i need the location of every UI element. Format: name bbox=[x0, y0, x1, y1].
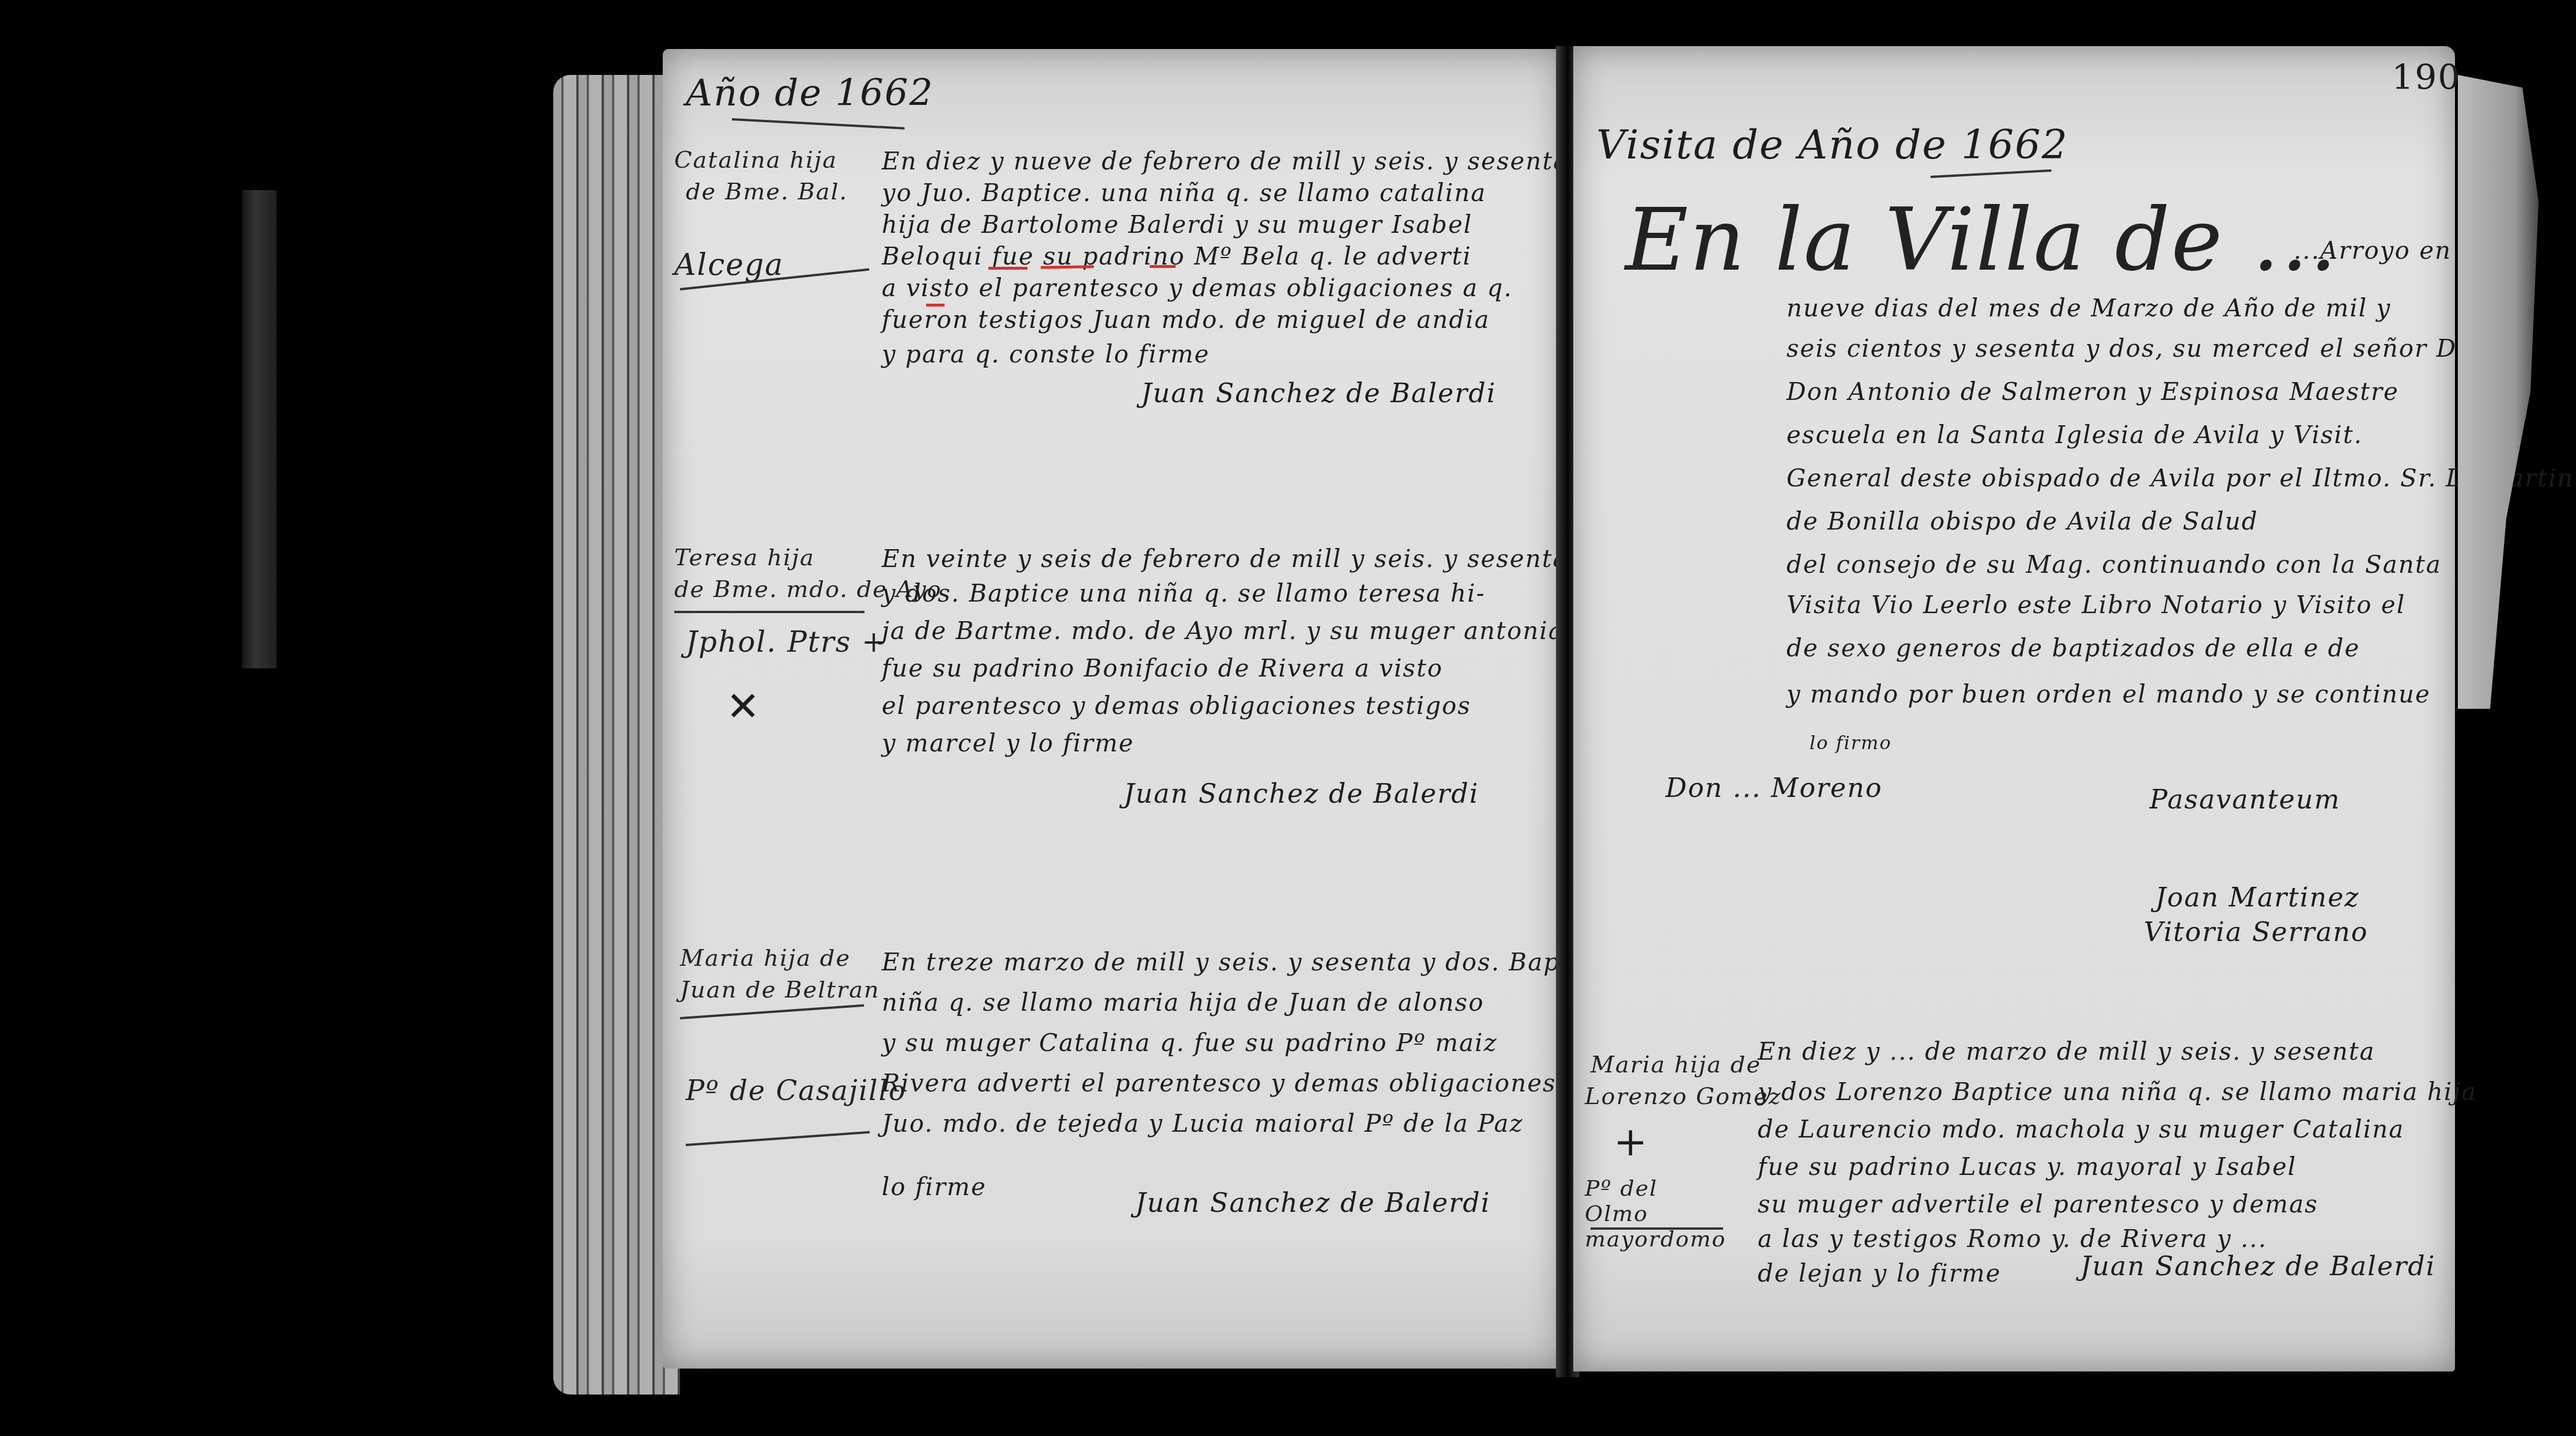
decree-line: seis cientos y sesenta y dos, su merced … bbox=[1786, 334, 2490, 362]
right-entry-margin-line-2: Lorenzo Gomez bbox=[1585, 1083, 1782, 1110]
red-underline-beloqui bbox=[926, 304, 945, 307]
entry-1-margin-below: Alcega bbox=[674, 248, 784, 282]
entry-3-margin-rule bbox=[680, 1004, 864, 1019]
book-page-edges bbox=[553, 75, 680, 1395]
entry-1-signature: Juan Sanchez de Balerdi bbox=[1141, 377, 1496, 409]
entry-3-margin-line-1: Maria hija de bbox=[680, 945, 851, 972]
entry-2-line: fue su padrino Bonifacio de Rivera a vis… bbox=[882, 654, 1443, 682]
right-entry-line: En diez y ... de marzo de mill y seis. y… bbox=[1758, 1037, 2375, 1065]
left-page: Año de 1662 Catalina hija de Bme. Bal. A… bbox=[663, 49, 1562, 1369]
right-entry-line: de lejan y lo firme bbox=[1758, 1259, 2001, 1287]
decree-signature-1: Don ... Moreno bbox=[1665, 772, 1883, 803]
entry-2-line: En veinte y seis de febrero de mill y se… bbox=[882, 545, 1569, 573]
right-entry-line: fue su padrino Lucas y. mayoral y Isabel bbox=[1758, 1152, 2297, 1181]
entry-3-line: y su muger Catalina q. fue su padrino Pº… bbox=[882, 1029, 1498, 1057]
cross-mark-icon: + bbox=[1614, 1118, 1649, 1165]
entry-3-line: lo firme bbox=[882, 1173, 987, 1201]
scanner-strip bbox=[242, 190, 277, 668]
entry-2-margin-line-1: Teresa hija bbox=[674, 545, 815, 571]
decree-initial: En la Villa de ... bbox=[1625, 190, 2338, 290]
decree-line: Visita Vio Leerlo este Libro Notario y V… bbox=[1786, 591, 2405, 619]
right-entry-line: su muger advertile el parentesco y demas bbox=[1758, 1190, 2318, 1218]
decree-line: de sexo generos de baptizados de ella e … bbox=[1786, 634, 2360, 662]
page-number: 190 bbox=[2392, 58, 2461, 98]
entry-1-line: hija de Bartolome Balerdi y su muger Isa… bbox=[882, 210, 1472, 239]
entry-2-margin-below: Jphol. Ptrs + bbox=[686, 625, 887, 659]
entry-2-line: el parentesco y demas obligaciones testi… bbox=[882, 691, 1471, 720]
entry-2-signature: Juan Sanchez de Balerdi bbox=[1124, 778, 1479, 809]
entry-1-line: yo Juo. Baptice. una niña q. se llamo ca… bbox=[882, 179, 1486, 207]
entry-1-line: y para q. conste lo firme bbox=[882, 340, 1210, 368]
entry-3-margin-line-2: Juan de Beltran bbox=[680, 977, 880, 1003]
entry-1-margin-line-2: de Bme. Bal. bbox=[686, 179, 848, 205]
right-page-header: Visita de Año de 1662 bbox=[1596, 121, 2068, 168]
entry-3-margin-below: Pº de Casajillo bbox=[686, 1075, 906, 1107]
decree-line: Don Antonio de Salmeron y Espinosa Maest… bbox=[1786, 377, 2399, 406]
entry-1-line: a visto el parentesco y demas obligacion… bbox=[882, 274, 1513, 302]
entry-3-signature: Juan Sanchez de Balerdi bbox=[1135, 1187, 1490, 1218]
right-entry-line: y dos Lorenzo Baptice una niña q. se lla… bbox=[1758, 1078, 2477, 1106]
torn-facing-page-fragment bbox=[2458, 75, 2539, 709]
decree-signature-2: Pasavanteum bbox=[2150, 784, 2340, 815]
right-page: 190 Visita de Año de 1662 En la Villa de… bbox=[1573, 46, 2455, 1371]
header-underline bbox=[732, 118, 905, 130]
right-entry-margin-line-1: Maria hija de bbox=[1591, 1052, 1761, 1078]
entry-2-line: y dos. Baptice una niña q. se llamo tere… bbox=[882, 579, 1486, 607]
decree-line: escuela en la Santa Iglesia de Avila y V… bbox=[1786, 421, 2363, 449]
right-entry-signature: Juan Sanchez de Balerdi bbox=[2080, 1250, 2435, 1282]
right-entry-margin-rule bbox=[1591, 1227, 1723, 1230]
entry-3-line: niña q. se llamo maria hija de Juan de a… bbox=[882, 988, 1484, 1016]
entry-2-margin-rule bbox=[674, 611, 864, 613]
decree-line: nueve dias del mes de Marzo de Año de mi… bbox=[1786, 294, 2391, 322]
entry-3-line: Rivera adverti el parentesco y demas obl… bbox=[882, 1069, 1657, 1097]
entry-3-line: Juo. mdo. de tejeda y Lucia maioral Pº d… bbox=[882, 1109, 1524, 1138]
decree-line: y mando por buen orden el mando y se con… bbox=[1786, 680, 2431, 708]
decree-line: General deste obispado de Avila por el I… bbox=[1786, 464, 2574, 492]
entry-1-margin-line-1: Catalina hija bbox=[674, 147, 837, 173]
left-page-header: Año de 1662 bbox=[686, 72, 934, 115]
entry-3-margin-rule-2 bbox=[686, 1131, 870, 1146]
decree-signature-4: Vitoria Serrano bbox=[2144, 916, 2369, 947]
right-entry-margin-below: Pº del Olmo mayordomo bbox=[1585, 1176, 1729, 1252]
header-underline bbox=[1931, 169, 2052, 178]
decree-line: de Bonilla obispo de Avila de Salud bbox=[1786, 507, 2258, 535]
entry-2-line: ja de Bartme. mdo. de Ayo mrl. y su muge… bbox=[882, 617, 1564, 645]
entry-1-line: fueron testigos Juan mdo. de miguel de a… bbox=[882, 305, 1490, 334]
decree-line: del consejo de su Mag. continuando con l… bbox=[1786, 550, 2442, 579]
right-entry-line: a las y testigos Romo y. de Rivera y ... bbox=[1758, 1225, 2267, 1253]
entry-1-line: En diez y nueve de febrero de mill y sei… bbox=[882, 147, 1647, 175]
cross-mark-icon: ✕ bbox=[726, 683, 761, 730]
decree-line: lo firmo bbox=[1810, 732, 1892, 754]
red-underline-isabel bbox=[1150, 265, 1176, 268]
red-underline-bartolome bbox=[988, 267, 1028, 270]
entry-2-line: y marcel y lo firme bbox=[882, 729, 1134, 757]
scan-background: Año de 1662 Catalina hija de Bme. Bal. A… bbox=[0, 0, 2576, 1436]
decree-line: ...Arroyo en bbox=[2294, 236, 2452, 264]
decree-signature-3: Joan Martinez bbox=[2155, 882, 2360, 913]
right-entry-line: de Laurencio mdo. machola y su muger Cat… bbox=[1758, 1115, 2404, 1143]
entry-3-line: En treze marzo de mill y seis. y sesenta… bbox=[882, 948, 1668, 976]
entry-1-line: Beloqui fue su padrino Mº Bela q. le adv… bbox=[882, 242, 1472, 270]
